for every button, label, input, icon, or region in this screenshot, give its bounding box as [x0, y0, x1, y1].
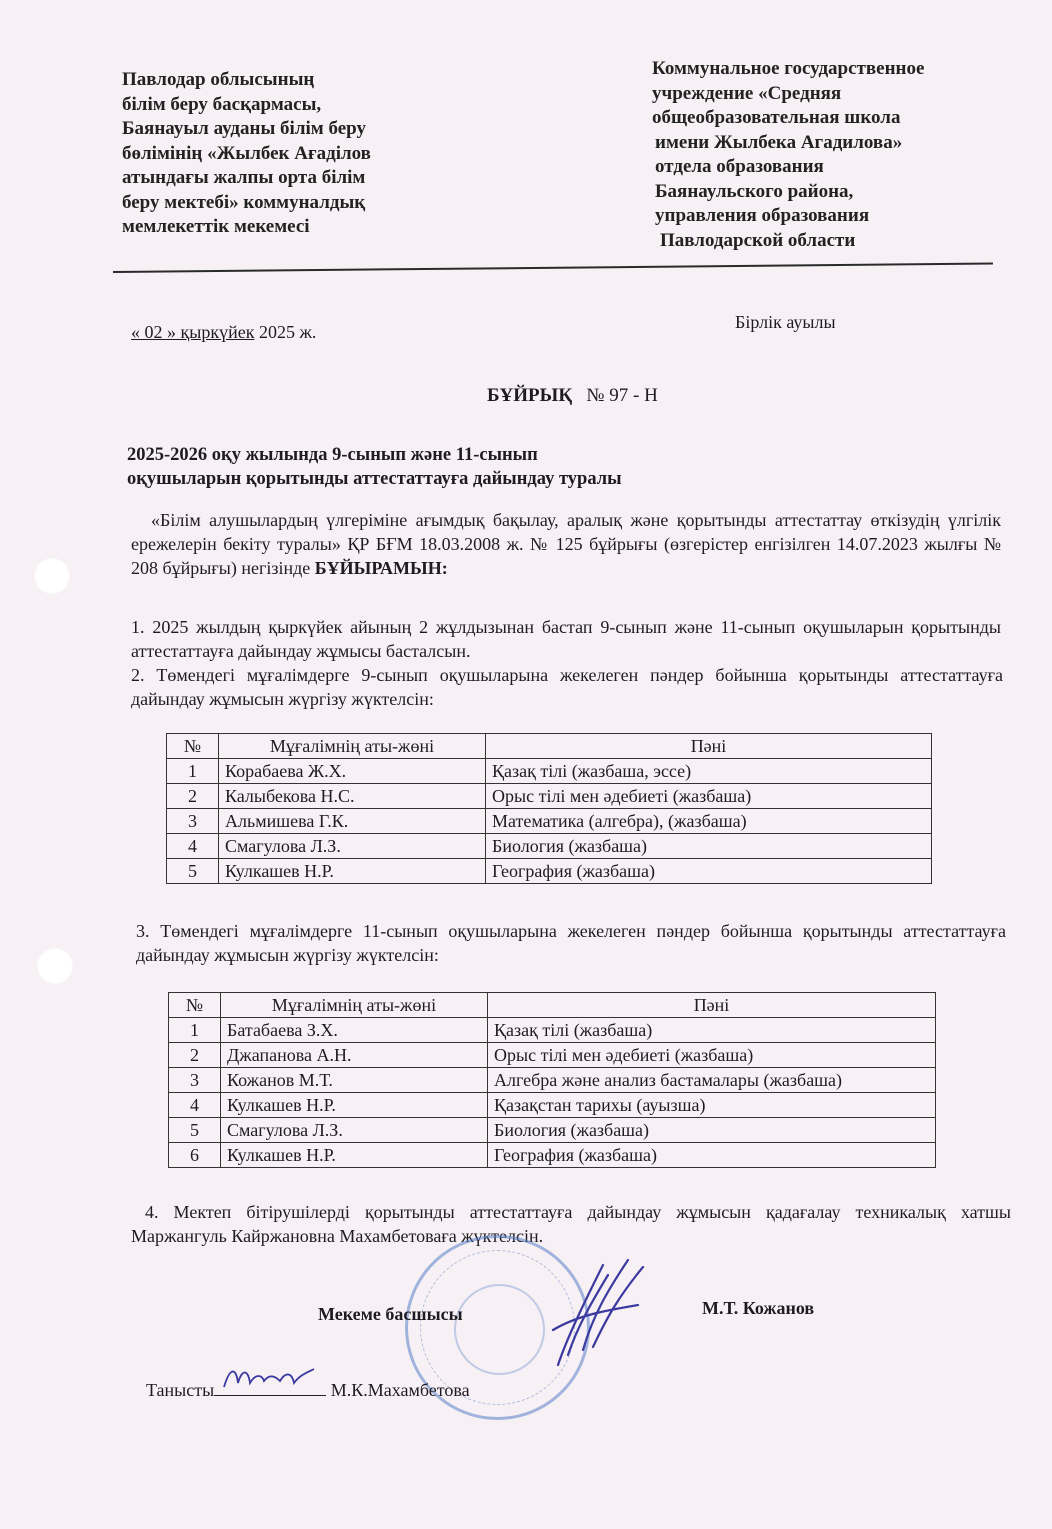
- teacher-name: Кожанов М.Т.: [221, 1068, 488, 1093]
- header-right-line: отдела образования: [652, 155, 924, 180]
- table-row: 1Корабаева Ж.Х.Қазақ тілі (жазбаша, эссе…: [167, 759, 932, 784]
- item-1: 1. 2025 жылдың қыркүйек айының 2 жұлдызы…: [131, 615, 1001, 663]
- date-year: 2025 ж.: [254, 322, 316, 342]
- subject: География (жазбаша): [488, 1143, 936, 1168]
- table-row: 5Кулкашев Н.Р.География (жазбаша): [167, 859, 932, 884]
- header-left-line: білім беру басқармасы,: [122, 93, 371, 118]
- subject: География (жазбаша): [486, 859, 932, 884]
- subject: Қазақ тілі (жазбаша, эссе): [486, 759, 932, 784]
- header-left-line: Баянауыл ауданы білім беру: [122, 117, 371, 142]
- subject: Математика (алгебра), (жазбаша): [486, 809, 932, 834]
- head-title: Мекеме басшысы: [318, 1302, 463, 1326]
- row-number: 4: [167, 834, 219, 859]
- preamble-emphasis: БҰЙЫРАМЫН:: [315, 558, 448, 578]
- header-left-line: Павлодар облысының: [122, 68, 371, 93]
- row-number: 5: [167, 859, 219, 884]
- ack-label: Танысты: [146, 1380, 214, 1400]
- row-number: 6: [169, 1143, 221, 1168]
- table-row: 2Джапанова А.Н.Орыс тілі мен әдебиеті (ж…: [169, 1043, 936, 1068]
- column-header: №: [167, 734, 219, 759]
- table-row: 2Калыбекова Н.С.Орыс тілі мен әдебиеті (…: [167, 784, 932, 809]
- ack-signature-line: [214, 1379, 326, 1396]
- header-left-line: беру мектебі» коммуналдық: [122, 191, 371, 216]
- order-place: Бірлік ауылы: [735, 310, 836, 334]
- teacher-name: Смагулова Л.З.: [221, 1118, 488, 1143]
- header-left-kz: Павлодар облысыныңбілім беру басқармасы,…: [122, 68, 371, 240]
- header-right-line: Павлодарской области: [652, 229, 924, 254]
- header-left-line: атындағы жалпы орта білім: [122, 166, 371, 191]
- subject: Биология (жазбаша): [488, 1118, 936, 1143]
- subject-line-2: оқушыларын қорытынды аттестаттауға дайын…: [127, 467, 622, 491]
- row-number: 1: [167, 759, 219, 784]
- table-row: 6Кулкашев Н.Р.География (жазбаша): [169, 1143, 936, 1168]
- subject: Биология (жазбаша): [486, 834, 932, 859]
- header-right-line: имени Жылбека Агадилова»: [652, 131, 924, 156]
- item-2: 2. Төмендегі мұғалімдерге 9-сынып оқушыл…: [131, 663, 1003, 711]
- subject-line-1: 2025-2026 оқу жылында 9-сынып және 11-сы…: [127, 443, 622, 467]
- row-number: 2: [167, 784, 219, 809]
- header-right-line: общеобразовательная школа: [652, 106, 924, 131]
- header-right-line: учреждение «Средняя: [652, 82, 924, 107]
- header-right-line: управления образования: [652, 204, 924, 229]
- teacher-name: Альмишева Г.К.: [219, 809, 486, 834]
- order-title: БҰЙРЫҚ: [487, 385, 572, 406]
- subject: Орыс тілі мен әдебиеті (жазбаша): [486, 784, 932, 809]
- subject: Алгебра және анализ бастамалары (жазбаша…: [488, 1068, 936, 1093]
- header-right-ru: Коммунальное государственноеучреждение «…: [652, 57, 924, 253]
- date-day-month: « 02 » қыркүйек: [131, 322, 254, 342]
- punch-hole-top: [34, 558, 70, 594]
- subject: Қазақ тілі (жазбаша): [488, 1018, 936, 1043]
- header-left-line: мемлекеттік мекемесі: [122, 215, 371, 240]
- row-number: 3: [167, 809, 219, 834]
- teacher-name: Калыбекова Н.С.: [219, 784, 486, 809]
- preamble-text: «Білім алушылардың үлгеріміне ағымдық ба…: [131, 510, 1001, 578]
- acknowledgement: Танысты М.К.Махамбетова: [146, 1378, 470, 1402]
- table-header-row: №Мұғалімнің аты-жөніПәні: [169, 993, 936, 1018]
- director-signature: [548, 1255, 658, 1375]
- header-right-line: Коммунальное государственное: [652, 57, 924, 82]
- head-name: М.Т. Кожанов: [702, 1296, 814, 1320]
- item-3: 3. Төмендегі мұғалімдерге 11-сынып оқушы…: [136, 919, 1006, 967]
- column-header: Мұғалімнің аты-жөні: [221, 993, 488, 1018]
- header-divider: [113, 263, 993, 273]
- column-header: Мұғалімнің аты-жөні: [219, 734, 486, 759]
- item-4: 4. Мектеп бітірушілерді қорытынды аттест…: [131, 1200, 1011, 1248]
- table-row: 4Кулкашев Н.Р.Қазақстан тарихы (ауызша): [169, 1093, 936, 1118]
- subject: Қазақстан тарихы (ауызша): [488, 1093, 936, 1118]
- row-number: 2: [169, 1043, 221, 1068]
- order-subject: 2025-2026 оқу жылында 9-сынып және 11-сы…: [127, 443, 622, 491]
- teacher-name: Кулкашев Н.Р.: [221, 1143, 488, 1168]
- table-row: 3Кожанов М.Т.Алгебра және анализ бастама…: [169, 1068, 936, 1093]
- teacher-name: Смагулова Л.З.: [219, 834, 486, 859]
- teacher-name: Кулкашев Н.Р.: [221, 1093, 488, 1118]
- table-row: 1Батабаева З.Х.Қазақ тілі (жазбаша): [169, 1018, 936, 1043]
- header-left-line: бөлімінің «Жылбек Ағаділов: [122, 142, 371, 167]
- order-number: № 97 - Н: [586, 385, 657, 406]
- teacher-name: Джапанова А.Н.: [221, 1043, 488, 1068]
- preamble: «Білім алушылардың үлгеріміне ағымдық ба…: [131, 508, 1001, 580]
- row-number: 5: [169, 1118, 221, 1143]
- row-number: 3: [169, 1068, 221, 1093]
- teacher-name: Батабаева З.Х.: [221, 1018, 488, 1043]
- teacher-name: Корабаева Ж.Х.: [219, 759, 486, 784]
- ack-signature: [220, 1363, 320, 1393]
- row-number: 4: [169, 1093, 221, 1118]
- order-date: « 02 » қыркүйек 2025 ж.: [131, 320, 316, 344]
- table-row: 3Альмишева Г.К.Математика (алгебра), (жа…: [167, 809, 932, 834]
- row-number: 1: [169, 1018, 221, 1043]
- table-grade-11: №Мұғалімнің аты-жөніПәні1Батабаева З.Х.Қ…: [168, 992, 936, 1168]
- order-heading: БҰЙРЫҚ № 97 - Н: [487, 384, 658, 408]
- subject: Орыс тілі мен әдебиеті (жазбаша): [488, 1043, 936, 1068]
- table-row: 4Смагулова Л.З.Биология (жазбаша): [167, 834, 932, 859]
- column-header: №: [169, 993, 221, 1018]
- header-right-line: Баянаульского района,: [652, 180, 924, 205]
- column-header: Пәні: [486, 734, 932, 759]
- table-row: 5Смагулова Л.З.Биология (жазбаша): [169, 1118, 936, 1143]
- punch-hole-bottom: [37, 948, 73, 984]
- teacher-name: Кулкашев Н.Р.: [219, 859, 486, 884]
- table-header-row: №Мұғалімнің аты-жөніПәні: [167, 734, 932, 759]
- table-grade-9: №Мұғалімнің аты-жөніПәні1Корабаева Ж.Х.Қ…: [166, 733, 932, 884]
- column-header: Пәні: [488, 993, 936, 1018]
- ack-name: М.К.Махамбетова: [331, 1380, 470, 1400]
